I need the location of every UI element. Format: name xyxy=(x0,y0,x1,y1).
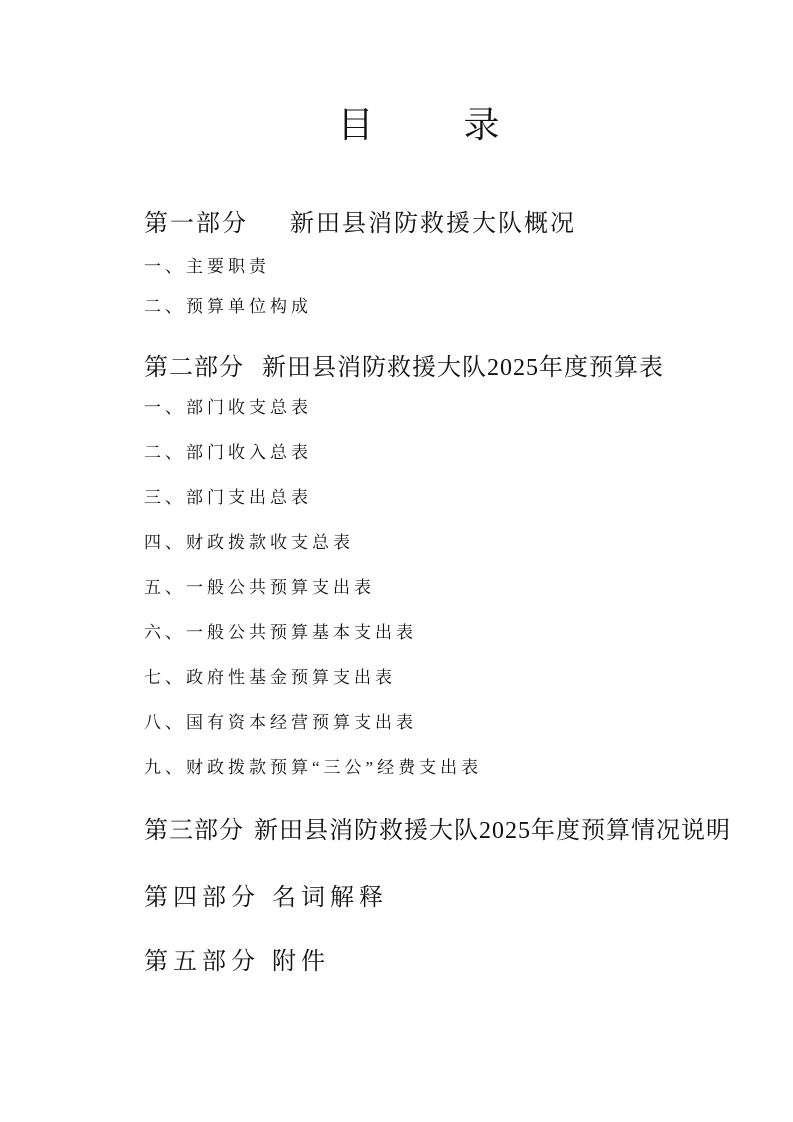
toc-item: 一、主要职责 xyxy=(144,254,793,280)
section-1-label: 第一部分 xyxy=(144,211,248,237)
toc-item: 六、一般公共预算基本支出表 xyxy=(144,620,793,646)
section-3-title: 新田县消防救援大队2025年度预算情况说明 xyxy=(254,818,731,844)
page-title: 目 录 xyxy=(22,0,793,146)
toc-section-2: 第二部分新田县消防救援大队2025年度预算表 一、部门收支总表 二、部门收入总表… xyxy=(144,352,793,781)
toc-item: 七、政府性基金预算支出表 xyxy=(144,665,793,691)
section-5-heading: 第五部分附件 xyxy=(144,946,793,978)
toc-section-4: 第四部分名词解释 xyxy=(144,882,793,914)
page-title-char-2: 录 xyxy=(464,104,500,146)
document-page: 目 录 第一部分新田县消防救援大队概况 一、主要职责 二、预算单位构成 第二部分… xyxy=(0,0,793,1122)
section-4-title: 名词解释 xyxy=(272,885,388,911)
section-3-heading: 第三部分新田县消防救援大队2025年度预算情况说明 xyxy=(144,815,793,847)
section-1-heading: 第一部分新田县消防救援大队概况 xyxy=(144,208,793,240)
toc-item: 二、预算单位构成 xyxy=(144,294,793,320)
toc-item: 三、部门支出总表 xyxy=(144,485,793,511)
toc-item: 八、国有资本经营预算支出表 xyxy=(144,710,793,736)
toc-item: 二、部门收入总表 xyxy=(144,440,793,466)
toc-item: 一、部门收支总表 xyxy=(144,395,793,421)
section-2-title: 新田县消防救援大队2025年度预算表 xyxy=(262,355,664,381)
table-of-contents: 第一部分新田县消防救援大队概况 一、主要职责 二、预算单位构成 第二部分新田县消… xyxy=(0,208,793,978)
section-1-title: 新田县消防救援大队概况 xyxy=(290,211,576,237)
toc-item: 五、一般公共预算支出表 xyxy=(144,575,793,601)
section-5-label: 第五部分 xyxy=(144,949,260,975)
section-3-label: 第三部分 xyxy=(144,818,244,844)
section-5-title: 附件 xyxy=(272,949,330,975)
section-4-heading: 第四部分名词解释 xyxy=(144,882,793,914)
page-title-char-1: 目 xyxy=(337,104,373,146)
toc-section-3: 第三部分新田县消防救援大队2025年度预算情况说明 xyxy=(144,815,793,847)
toc-item: 九、财政拨款预算“三公”经费支出表 xyxy=(144,755,793,781)
toc-item: 四、财政拨款收支总表 xyxy=(144,530,793,556)
toc-section-5: 第五部分附件 xyxy=(144,946,793,978)
section-2-label: 第二部分 xyxy=(144,355,244,381)
section-4-label: 第四部分 xyxy=(144,885,260,911)
section-2-heading: 第二部分新田县消防救援大队2025年度预算表 xyxy=(144,352,793,384)
toc-section-1: 第一部分新田县消防救援大队概况 一、主要职责 二、预算单位构成 xyxy=(144,208,793,320)
